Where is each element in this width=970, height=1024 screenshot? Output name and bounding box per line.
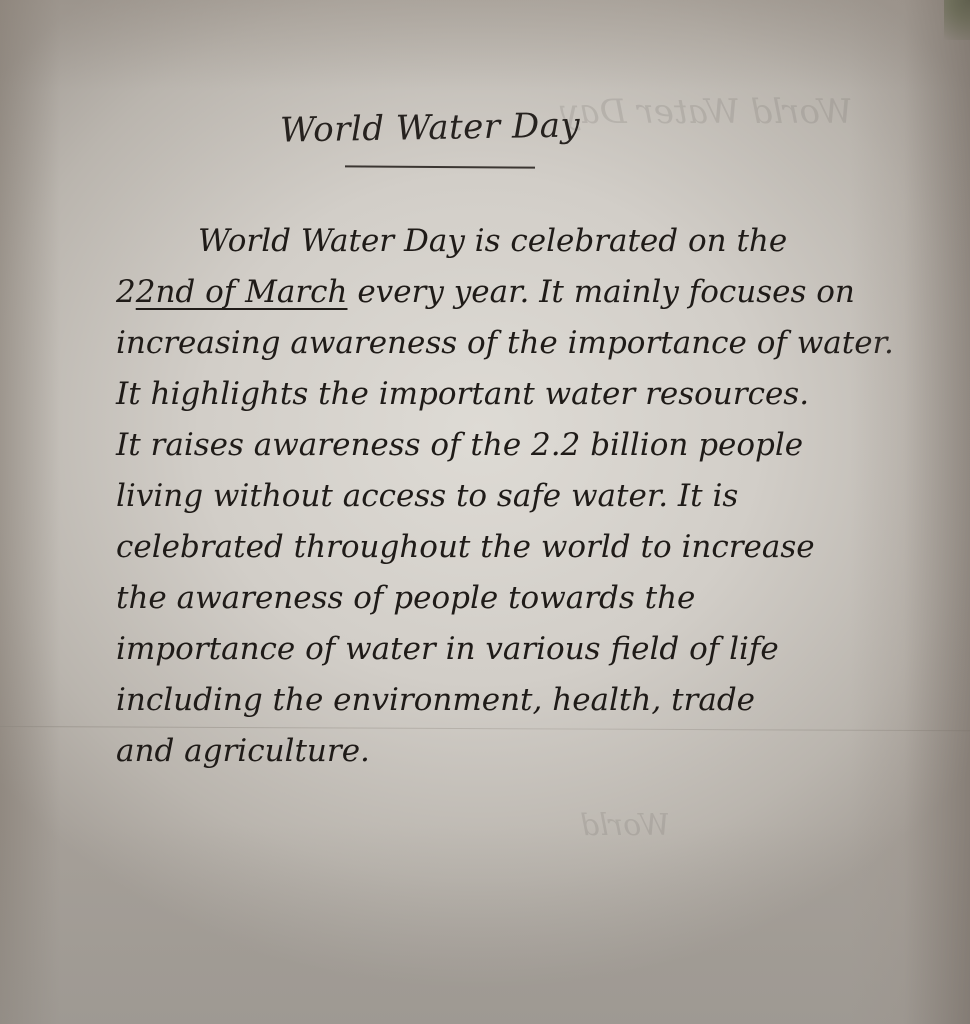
paragraph-line: increasing awareness of the importance o… bbox=[116, 318, 916, 369]
paragraph-line: 22nd of March every year. It mainly focu… bbox=[116, 267, 916, 318]
paragraph-line: including the environment, health, trade bbox=[116, 675, 916, 726]
page-title: World Water Day bbox=[280, 105, 581, 150]
line-text: World Water Day is celebrated on the bbox=[198, 223, 787, 259]
line-text: It highlights the important water resour… bbox=[116, 376, 809, 412]
underlined-date: 2nd of March bbox=[136, 274, 348, 310]
page-shadow-top bbox=[0, 0, 970, 90]
line-text: the awareness of people towards the bbox=[116, 580, 695, 616]
line-text: and agriculture. bbox=[116, 733, 370, 769]
paragraph-line: and agriculture. bbox=[116, 726, 916, 777]
paragraph-line: importance of water in various field of … bbox=[116, 624, 916, 675]
paragraph-line: celebrated throughout the world to incre… bbox=[116, 522, 916, 573]
line-text: 2 bbox=[116, 274, 136, 310]
page-shadow-bottom bbox=[0, 824, 970, 1024]
line-text: importance of water in various field of … bbox=[116, 631, 779, 667]
line-text: celebrated throughout the world to incre… bbox=[116, 529, 815, 565]
line-text: including the environment, health, trade bbox=[116, 682, 755, 718]
bleed-through-title: World Water Day bbox=[560, 92, 853, 132]
paragraph-line: the awareness of people towards the bbox=[116, 573, 916, 624]
paragraph-line: It raises awareness of the 2.2 billion p… bbox=[116, 420, 916, 471]
notebook-page: World Water Day World World Water Day Wo… bbox=[0, 0, 970, 1024]
paragraph-line: living without access to safe water. It … bbox=[116, 471, 916, 522]
paragraph-line: It highlights the important water resour… bbox=[116, 369, 916, 420]
paragraph-line: World Water Day is celebrated on the bbox=[116, 216, 916, 267]
line-text: every year. It mainly focuses on bbox=[347, 274, 854, 310]
line-text: living without access to safe water. It … bbox=[116, 478, 738, 514]
line-text: It raises awareness of the 2.2 billion p… bbox=[116, 427, 803, 463]
handwritten-paragraph: World Water Day is celebrated on the 22n… bbox=[116, 216, 916, 777]
line-text: increasing awareness of the importance o… bbox=[116, 325, 894, 361]
title-underline bbox=[345, 165, 535, 168]
background-corner bbox=[944, 0, 970, 40]
